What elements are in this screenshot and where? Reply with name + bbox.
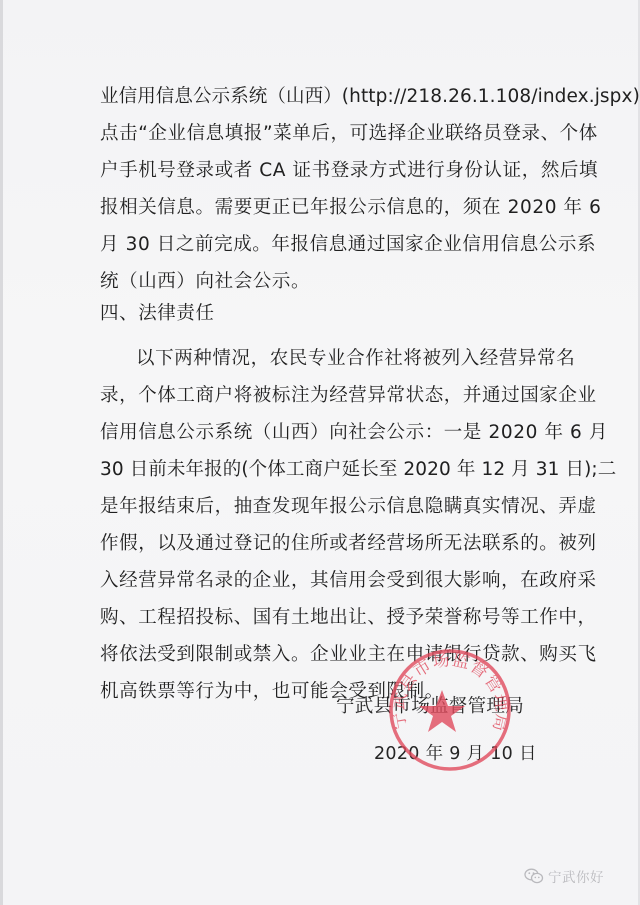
paragraph-1-line: 月 30 日之前完成。年报信息通过国家企业信用信息公示系	[100, 233, 596, 257]
section-heading: 四、法律责任	[100, 302, 215, 326]
star-icon	[419, 690, 465, 732]
official-seal: 宁武县市场监督管理局	[388, 648, 512, 772]
paragraph-2-line: 入经营异常名录的企业，其信用会受到很大影响，在政府采	[100, 569, 597, 593]
paragraph-1-line: 业信用信息公示系统（山西）(http://218.26.1.108/index.…	[100, 85, 640, 109]
paragraph-1-line: 户手机号登录或者 CA 证书登录方式进行身份认证，然后填	[100, 159, 598, 183]
watermark-label: 宁武你好	[548, 866, 604, 886]
paragraph-1-line: 报相关信息。需要更正已年报公示信息的，须在 2020 年 6	[100, 196, 602, 220]
paragraph-2-line: 以下两种情况，农民专业合作社将被列入经营异常名	[136, 347, 575, 371]
scanned-document-page: 业信用信息公示系统（山西）(http://218.26.1.108/index.…	[0, 0, 640, 905]
wechat-icon	[524, 868, 544, 884]
paragraph-2-line: 信用信息公示系统（山西）向社会公示：一是 2020 年 6 月	[100, 421, 608, 445]
paragraph-2-line: 是年报结束后，抽查发现年报公示信息隐瞒真实情况、弄虚	[100, 495, 597, 519]
paragraph-2-line: 购、工程招投标、国有土地出让、授予荣誉称号等工作中，	[100, 606, 597, 630]
paragraph-2-line: 录，个体工商户将被标注为经营异常状态，并通过国家企业	[100, 384, 597, 408]
page-edge	[0, 0, 3, 905]
paragraph-2-line: 作假，以及通过登记的住所或者经营场所无法联系的。被列	[100, 532, 597, 556]
paragraph-1-line: 统（山西）向社会公示。	[100, 270, 310, 294]
wechat-watermark: 宁武你好	[524, 866, 604, 886]
paragraph-1-line: 点击“企业信息填报”菜单后，可选择企业联络员登录、个体	[100, 122, 598, 146]
paragraph-2-line: 30 日前未年报的(个体工商户延长至 2020 年 12 月 31 日);二	[100, 458, 616, 482]
paragraph-2-line: 将依法受到限制或禁入。企业业主在申请银行贷款、购买飞	[100, 643, 597, 667]
